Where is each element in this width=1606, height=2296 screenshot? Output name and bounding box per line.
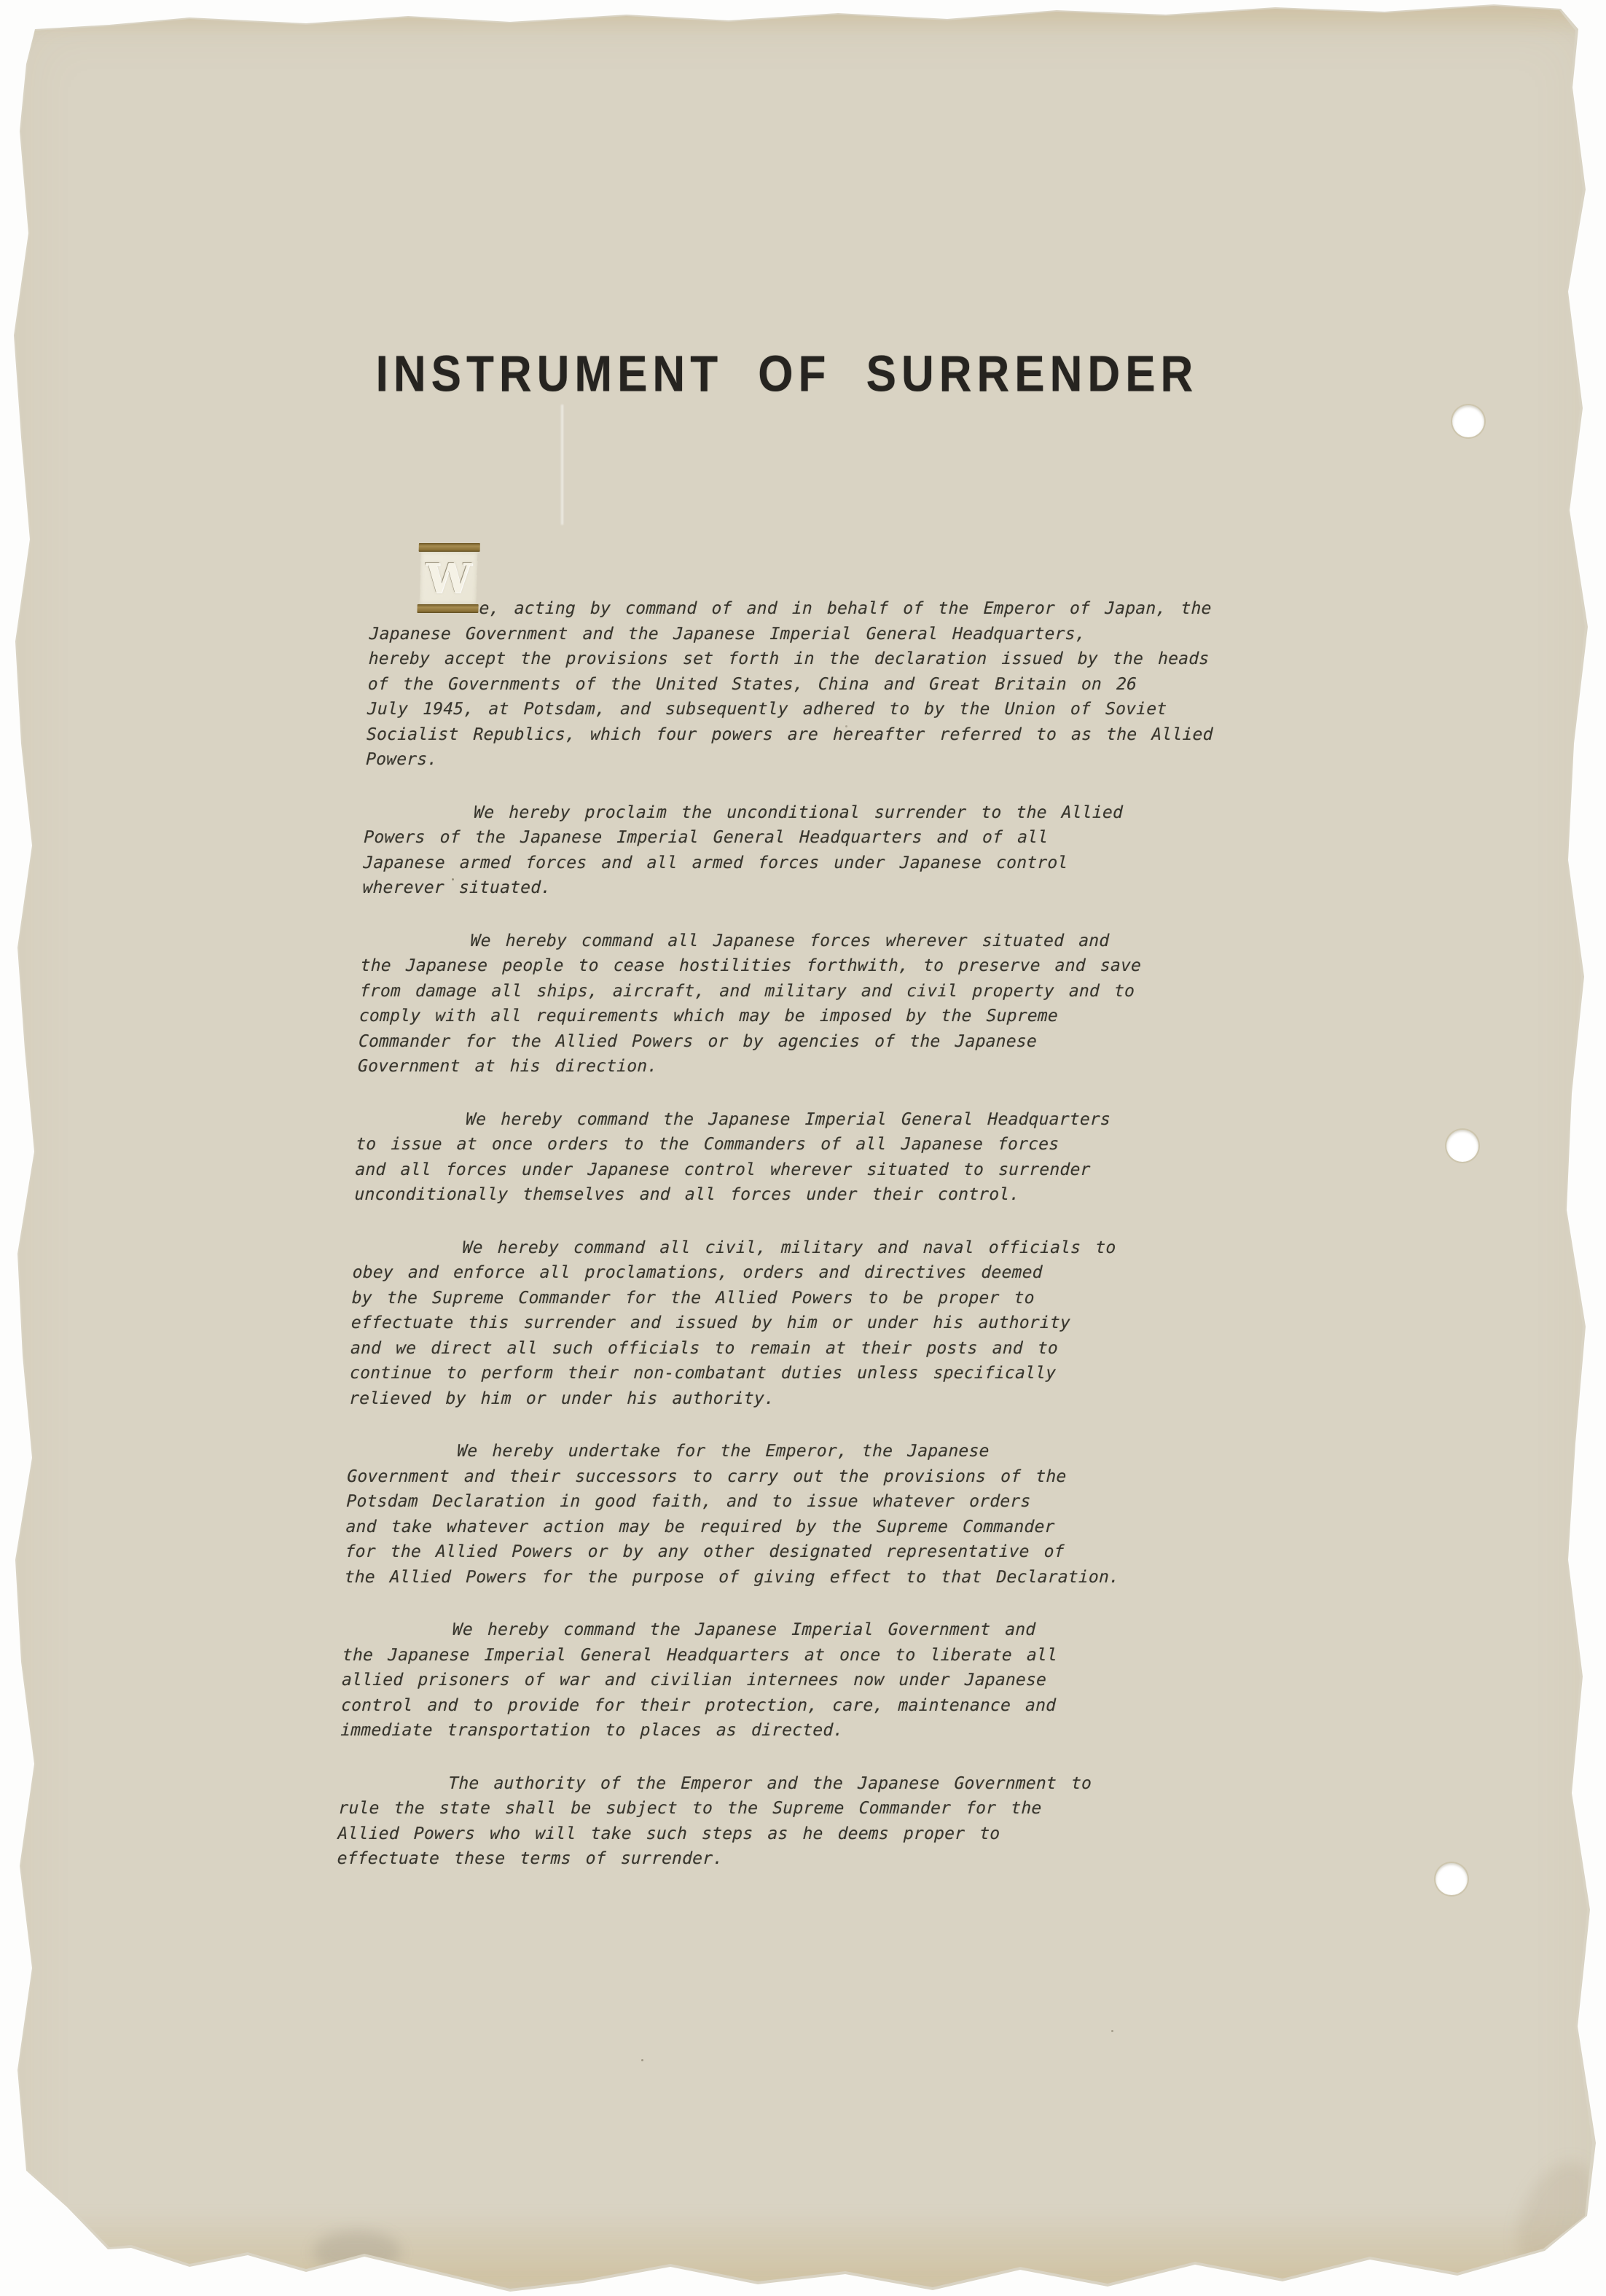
drop-cap-top-bar (419, 543, 480, 552)
text-line: allied prisoners of war and civilian int… (342, 1668, 1261, 1693)
punch-hole (1452, 405, 1484, 437)
text-line: control and to provide for their protect… (341, 1693, 1260, 1719)
text-line: obey and enforce all proclamations, orde… (352, 1260, 1271, 1286)
document-title: INSTRUMENT OF SURRENDER (328, 345, 1246, 405)
text-line: the Allied Powers for the purpose of giv… (344, 1565, 1263, 1590)
text-line: comply with all requirements which may b… (359, 1004, 1277, 1029)
text-line: Government and their successors to carry… (347, 1464, 1266, 1490)
text-line: and we direct all such officials to rema… (350, 1336, 1269, 1362)
text-line: continue to perform their non-combatant … (350, 1361, 1269, 1386)
text-line: The authority of the Emperor and the Jap… (339, 1771, 1258, 1797)
text-line: the Japanese Imperial General Headquarte… (342, 1643, 1261, 1668)
drop-cap-ornament: W (419, 543, 478, 613)
drop-cap-letter: W (425, 555, 472, 603)
paragraph: We hereby command all Japanese forces wh… (358, 929, 1280, 1079)
text-line: We hereby command the Japanese Imperial … (342, 1617, 1261, 1643)
text-line: We hereby command all Japanese forces wh… (361, 929, 1280, 954)
text-line: unconditionally themselves and all force… (354, 1182, 1273, 1208)
text-line: the Japanese people to cease hostilities… (360, 953, 1279, 979)
paragraph: We hereby undertake for the Emperor, the… (344, 1439, 1266, 1590)
text-line: Potsdam Declaration in good faith, and t… (346, 1489, 1265, 1515)
text-line: Government at his direction. (358, 1054, 1277, 1079)
paper-sheet: INSTRUMENT OF SURRENDER W e, acting by c… (0, 0, 1606, 2296)
text-line: effectuate this surrender and issued by … (350, 1311, 1269, 1336)
text-line: relieved by him or under his authority. (349, 1386, 1268, 1412)
text-line: Powers. (366, 747, 1285, 773)
text-line: July 1945, at Potsdam, and subsequently … (367, 697, 1285, 722)
text-line: We hereby command all civil, military an… (353, 1235, 1272, 1261)
text-line: Japanese armed forces and all armed forc… (363, 851, 1282, 876)
paragraph: We hereby command all civil, military an… (349, 1235, 1272, 1412)
text-line: wherever situated. (362, 875, 1281, 901)
text-line: Allied Powers who will take such steps a… (337, 1821, 1256, 1847)
text-line: of the Governments of the United States,… (367, 672, 1286, 698)
text-line: to issue at once orders to the Commander… (356, 1132, 1274, 1157)
text-line: by the Supreme Commander for the Allied … (351, 1286, 1270, 1311)
paragraph: e, acting by command of and in behalf of… (366, 596, 1288, 773)
text-line: immediate transportation to places as di… (340, 1718, 1259, 1744)
text-line: Japanese Government and the Japanese Imp… (369, 622, 1288, 647)
text-line: rule the state shall be subject to the S… (338, 1796, 1257, 1821)
text-line: We hereby command the Japanese Imperial … (356, 1107, 1275, 1133)
text-line: We hereby undertake for the Emperor, the… (348, 1439, 1266, 1464)
punch-hole (1435, 1863, 1468, 1895)
text-line: for the Allied Powers or by any other de… (345, 1539, 1264, 1565)
text-line: Socialist Republics, which four powers a… (367, 722, 1285, 748)
text-line: e, acting by command of and in behalf of… (369, 596, 1288, 622)
text-line: Commander for the Allied Powers or by ag… (359, 1029, 1277, 1055)
punch-hole (1446, 1130, 1478, 1162)
text-line: Powers of the Japanese Imperial General … (364, 825, 1282, 851)
text-line: effectuate these terms of surrender. (337, 1846, 1256, 1872)
paragraph: We hereby command the Japanese Imperial … (340, 1617, 1262, 1744)
text-column: W e, acting by command of and in behalf … (337, 596, 1288, 1872)
paragraph: We hereby proclaim the unconditional sur… (362, 800, 1283, 901)
text-line: from damage all ships, aircraft, and mil… (359, 979, 1278, 1004)
paragraph: We hereby command the Japanese Imperial … (354, 1107, 1275, 1208)
drop-cap-box: W (420, 552, 478, 604)
paper-scratch (561, 405, 563, 525)
drop-cap-bottom-bar (417, 604, 478, 613)
text-line: and all forces under Japanese control wh… (355, 1157, 1274, 1183)
paper-smudge (313, 2230, 401, 2274)
text-line: and take whatever action may be required… (345, 1515, 1264, 1540)
text-line: We hereby proclaim the unconditional sur… (364, 800, 1283, 826)
text-line: hereby accept the provisions set forth i… (368, 647, 1287, 672)
paragraph: The authority of the Emperor and the Jap… (337, 1771, 1258, 1872)
scanned-document-page: { "document": { "title": "INSTRUMENT OF … (0, 0, 1606, 2296)
